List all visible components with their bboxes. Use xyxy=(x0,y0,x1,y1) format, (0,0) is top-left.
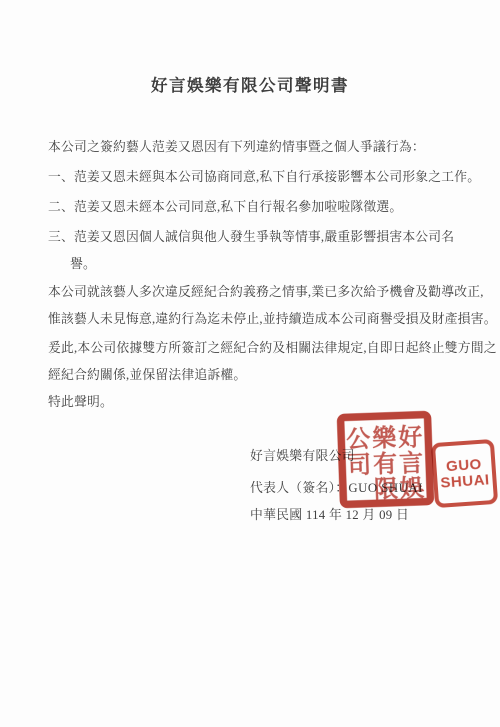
list-item-1: 一、范姜又恩未經與本公司協商同意,私下自行承接影響本公司形象之工作。 xyxy=(48,166,480,185)
body-paragraph-line: 惟該藝人未見悔意,違約行為迄未停止,並持續造成本公司商譽受損及財產損害。 xyxy=(48,308,497,327)
name-seal-line-2: SHUAI xyxy=(440,472,490,491)
seal-char: 言 xyxy=(399,449,424,478)
list-item-3-cont: 譽。 xyxy=(70,253,96,272)
seal-char: 樂 xyxy=(372,424,398,453)
representative-label: 代表人（簽名）： xyxy=(250,481,348,495)
list-item-2: 二、范姜又恩未經本公司同意,私下自行報名參加啦啦隊徵選。 xyxy=(48,196,402,215)
seal-char: 有 xyxy=(373,450,398,479)
body-paragraph-line: 本公司就該藝人多次違反經紀合約義務之情事,業已多次給予機會及勸導改正, xyxy=(48,281,484,300)
seal-char: 好 xyxy=(398,423,423,452)
list-item-3: 三、范姜又恩因個人誠信與他人發生爭執等情事,嚴重影響損害本公司名 xyxy=(48,226,454,245)
seal-char: 司 xyxy=(347,452,372,480)
representative-name-seal-stamp: GUO SHUAI xyxy=(431,439,498,508)
seal-char: 公 xyxy=(346,427,371,454)
intro-line: 本公司之簽約藝人范姜又恩因有下列違約情事暨之個人爭議行為： xyxy=(48,136,425,155)
seal-char: 娛 xyxy=(400,474,426,503)
company-seal-stamp: 好 言 娛 樂 有 限 公 司 xyxy=(336,410,434,508)
seal-char: 限 xyxy=(374,476,399,504)
closing-line: 特此聲明。 xyxy=(48,391,113,410)
document-title: 好言娛樂有限公司聲明書 xyxy=(0,72,500,96)
body-paragraph-line: 經紀合約關係,並保留法律追訴權。 xyxy=(48,364,246,383)
statement-document: 好言娛樂有限公司聲明書 本公司之簽約藝人范姜又恩因有下列違約情事暨之個人爭議行為… xyxy=(0,0,500,727)
body-paragraph-line: 爰此,本公司依據雙方所簽訂之經紀合約及相關法律規定,自即日起終止雙方間之 xyxy=(48,337,497,356)
company-seal-graphic: 好 言 娛 樂 有 限 公 司 xyxy=(336,410,434,508)
